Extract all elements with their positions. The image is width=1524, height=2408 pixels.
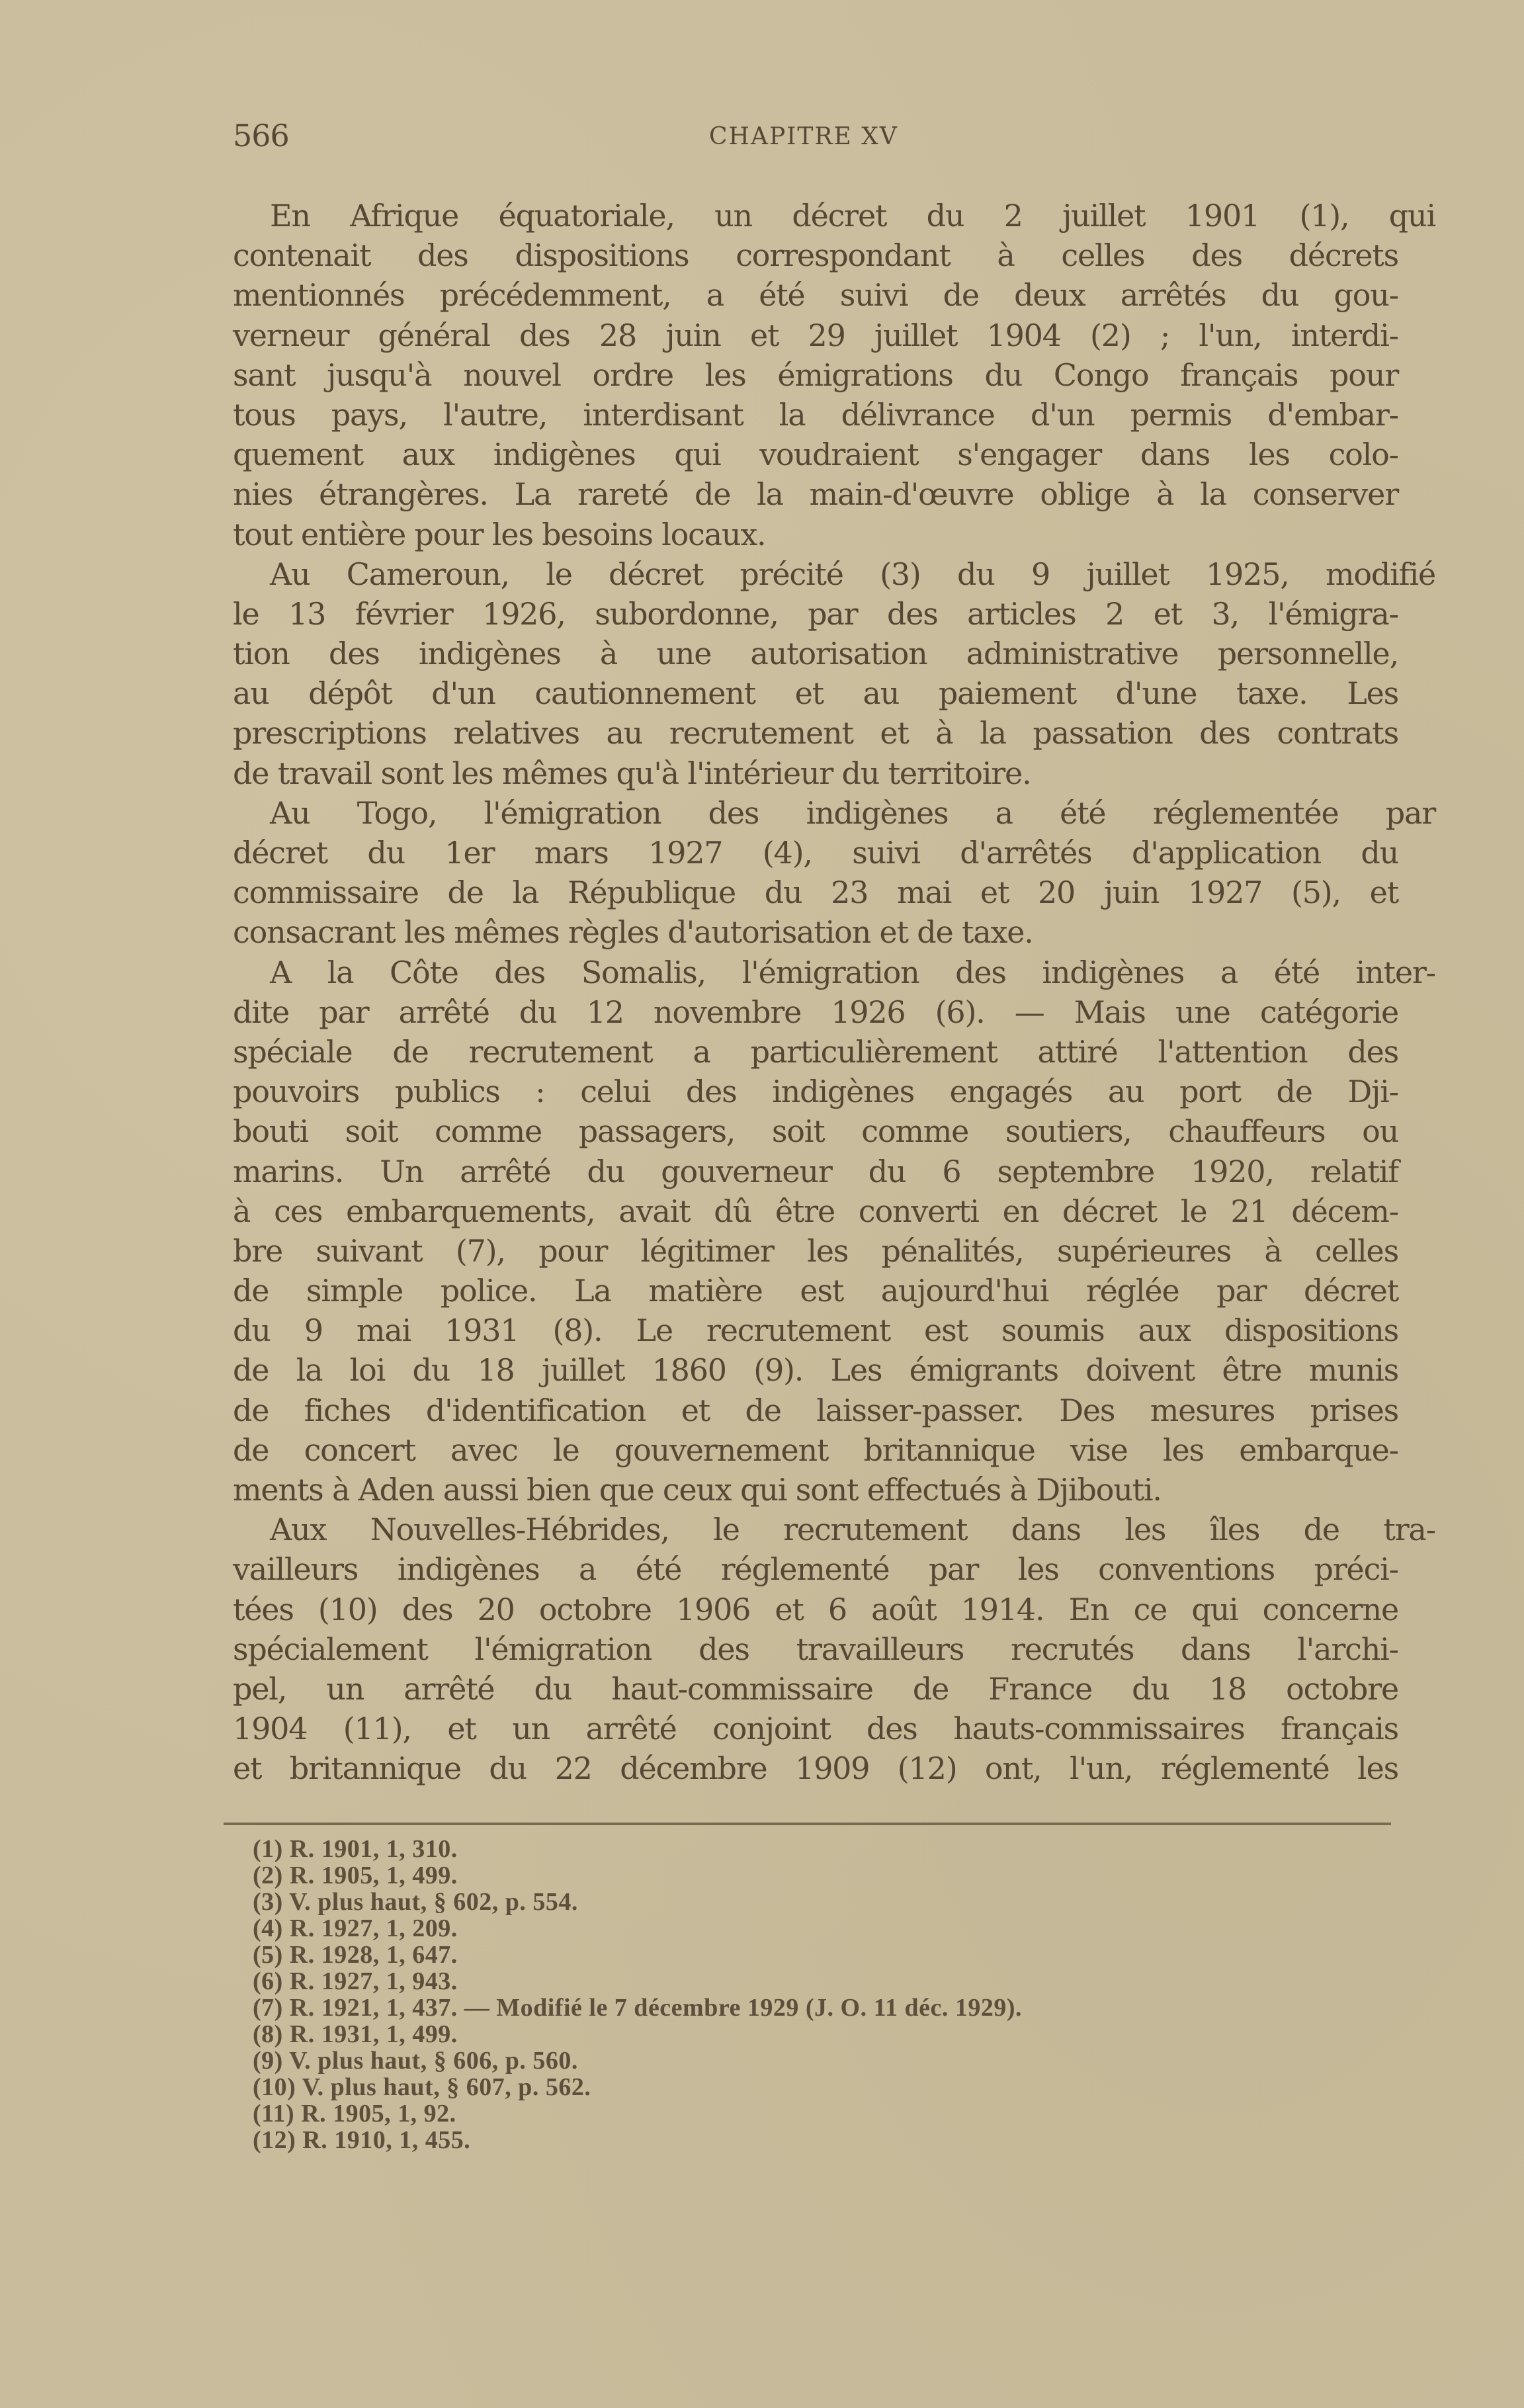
text-line: et britannique du 22 décembre 1909 (12) … bbox=[233, 1748, 1398, 1788]
text-line: tion des indigènes à une autorisation ad… bbox=[233, 634, 1398, 673]
text-line: consacrant les mêmes règles d'autorisati… bbox=[233, 912, 1398, 952]
footnote: (7) R. 1921, 1, 437. — Modifié le 7 déce… bbox=[253, 1995, 1022, 2021]
footnote-rule bbox=[224, 1823, 1391, 1825]
text-line: quement aux indigènes qui voudraient s'e… bbox=[233, 435, 1398, 474]
footnote: (4) R. 1927, 1, 209. bbox=[253, 1915, 1022, 1942]
text-line: au dépôt d'un cautionnement et au paieme… bbox=[233, 673, 1398, 713]
text-line: de fiches d'identification et de laisser… bbox=[233, 1391, 1398, 1430]
text-line: marins. Un arrêté du gouverneur du 6 sep… bbox=[233, 1152, 1398, 1191]
footnote: (1) R. 1901, 1, 310. bbox=[253, 1836, 1022, 1862]
footnote: (3) V. plus haut, § 602, p. 554. bbox=[253, 1889, 1022, 1915]
page-number: 566 bbox=[233, 118, 289, 153]
text-line: tout entière pour les besoins locaux. bbox=[233, 515, 1398, 554]
text-line: bouti soit comme passagers, soit comme s… bbox=[233, 1111, 1398, 1151]
footnote: (2) R. 1905, 1, 499. bbox=[253, 1862, 1022, 1889]
text-line: décret du 1er mars 1927 (4), suivi d'arr… bbox=[233, 833, 1398, 873]
text-line: à ces embarquements, avait dû être conve… bbox=[233, 1191, 1398, 1231]
text-line: spécialement l'émigration des travailleu… bbox=[233, 1629, 1398, 1669]
text-line: sant jusqu'à nouvel ordre les émigration… bbox=[233, 355, 1398, 395]
text-line: vailleurs indigènes a été réglementé par… bbox=[233, 1549, 1398, 1589]
text-line: Au Togo, l'émigration des indigènes a ét… bbox=[233, 793, 1435, 833]
text-line: dite par arrêté du 12 novembre 1926 (6).… bbox=[233, 992, 1398, 1032]
text-line: ments à Aden aussi bien que ceux qui son… bbox=[233, 1470, 1398, 1510]
text-line: bre suivant (7), pour légitimer les péna… bbox=[233, 1231, 1398, 1271]
footnote: (10) V. plus haut, § 607, p. 562. bbox=[253, 2074, 1022, 2100]
text-line: Au Cameroun, le décret précité (3) du 9 … bbox=[233, 554, 1435, 594]
book-page: 566 CHAPITRE XV En Afrique équatoriale, … bbox=[0, 0, 1524, 2408]
text-line: pel, un arrêté du haut-commissaire de Fr… bbox=[233, 1669, 1398, 1709]
text-line: de concert avec le gouvernement britanni… bbox=[233, 1430, 1398, 1470]
text-line: spéciale de recrutement a particulièreme… bbox=[233, 1032, 1398, 1072]
footnotes: (1) R. 1901, 1, 310.(2) R. 1905, 1, 499.… bbox=[253, 1836, 1022, 2153]
footnote: (6) R. 1927, 1, 943. bbox=[253, 1968, 1022, 1995]
text-line: tous pays, l'autre, interdisant la déliv… bbox=[233, 395, 1398, 435]
footnote: (9) V. plus haut, § 606, p. 560. bbox=[253, 2047, 1022, 2074]
body-text: En Afrique équatoriale, un décret du 2 j… bbox=[233, 196, 1398, 1789]
text-line: le 13 février 1926, subordonne, par des … bbox=[233, 594, 1398, 634]
footnote: (5) R. 1928, 1, 647. bbox=[253, 1942, 1022, 1968]
text-line: A la Côte des Somalis, l'émigration des … bbox=[233, 953, 1435, 992]
text-line: mentionnés précédemment, a été suivi de … bbox=[233, 275, 1398, 315]
text-line: prescriptions relatives au recrutement e… bbox=[233, 713, 1398, 753]
text-line: du 9 mai 1931 (8). Le recrutement est so… bbox=[233, 1311, 1398, 1350]
text-line: contenait des dispositions correspondant… bbox=[233, 236, 1398, 275]
footnote: (12) R. 1910, 1, 455. bbox=[253, 2127, 1022, 2153]
text-line: de la loi du 18 juillet 1860 (9). Les ém… bbox=[233, 1350, 1398, 1390]
text-line: verneur général des 28 juin et 29 juille… bbox=[233, 316, 1398, 355]
text-line: tées (10) des 20 octobre 1906 et 6 août … bbox=[233, 1590, 1398, 1629]
text-line: de simple police. La matière est aujourd… bbox=[233, 1271, 1398, 1311]
footnote: (8) R. 1931, 1, 499. bbox=[253, 2021, 1022, 2047]
text-line: pouvoirs publics : celui des indigènes e… bbox=[233, 1072, 1398, 1111]
chapter-title: CHAPITRE XV bbox=[709, 123, 898, 150]
running-head: 566 CHAPITRE XV bbox=[233, 118, 1398, 157]
text-line: commissaire de la République du 23 mai e… bbox=[233, 873, 1398, 912]
text-line: de travail sont les mêmes qu'à l'intérie… bbox=[233, 753, 1398, 793]
text-line: nies étrangères. La rareté de la main-d'… bbox=[233, 474, 1398, 514]
text-line: 1904 (11), et un arrêté conjoint des hau… bbox=[233, 1709, 1398, 1748]
footnote: (11) R. 1905, 1, 92. bbox=[253, 2100, 1022, 2127]
text-line: En Afrique équatoriale, un décret du 2 j… bbox=[233, 196, 1435, 236]
text-line: Aux Nouvelles-Hébrides, le recrutement d… bbox=[233, 1510, 1435, 1549]
